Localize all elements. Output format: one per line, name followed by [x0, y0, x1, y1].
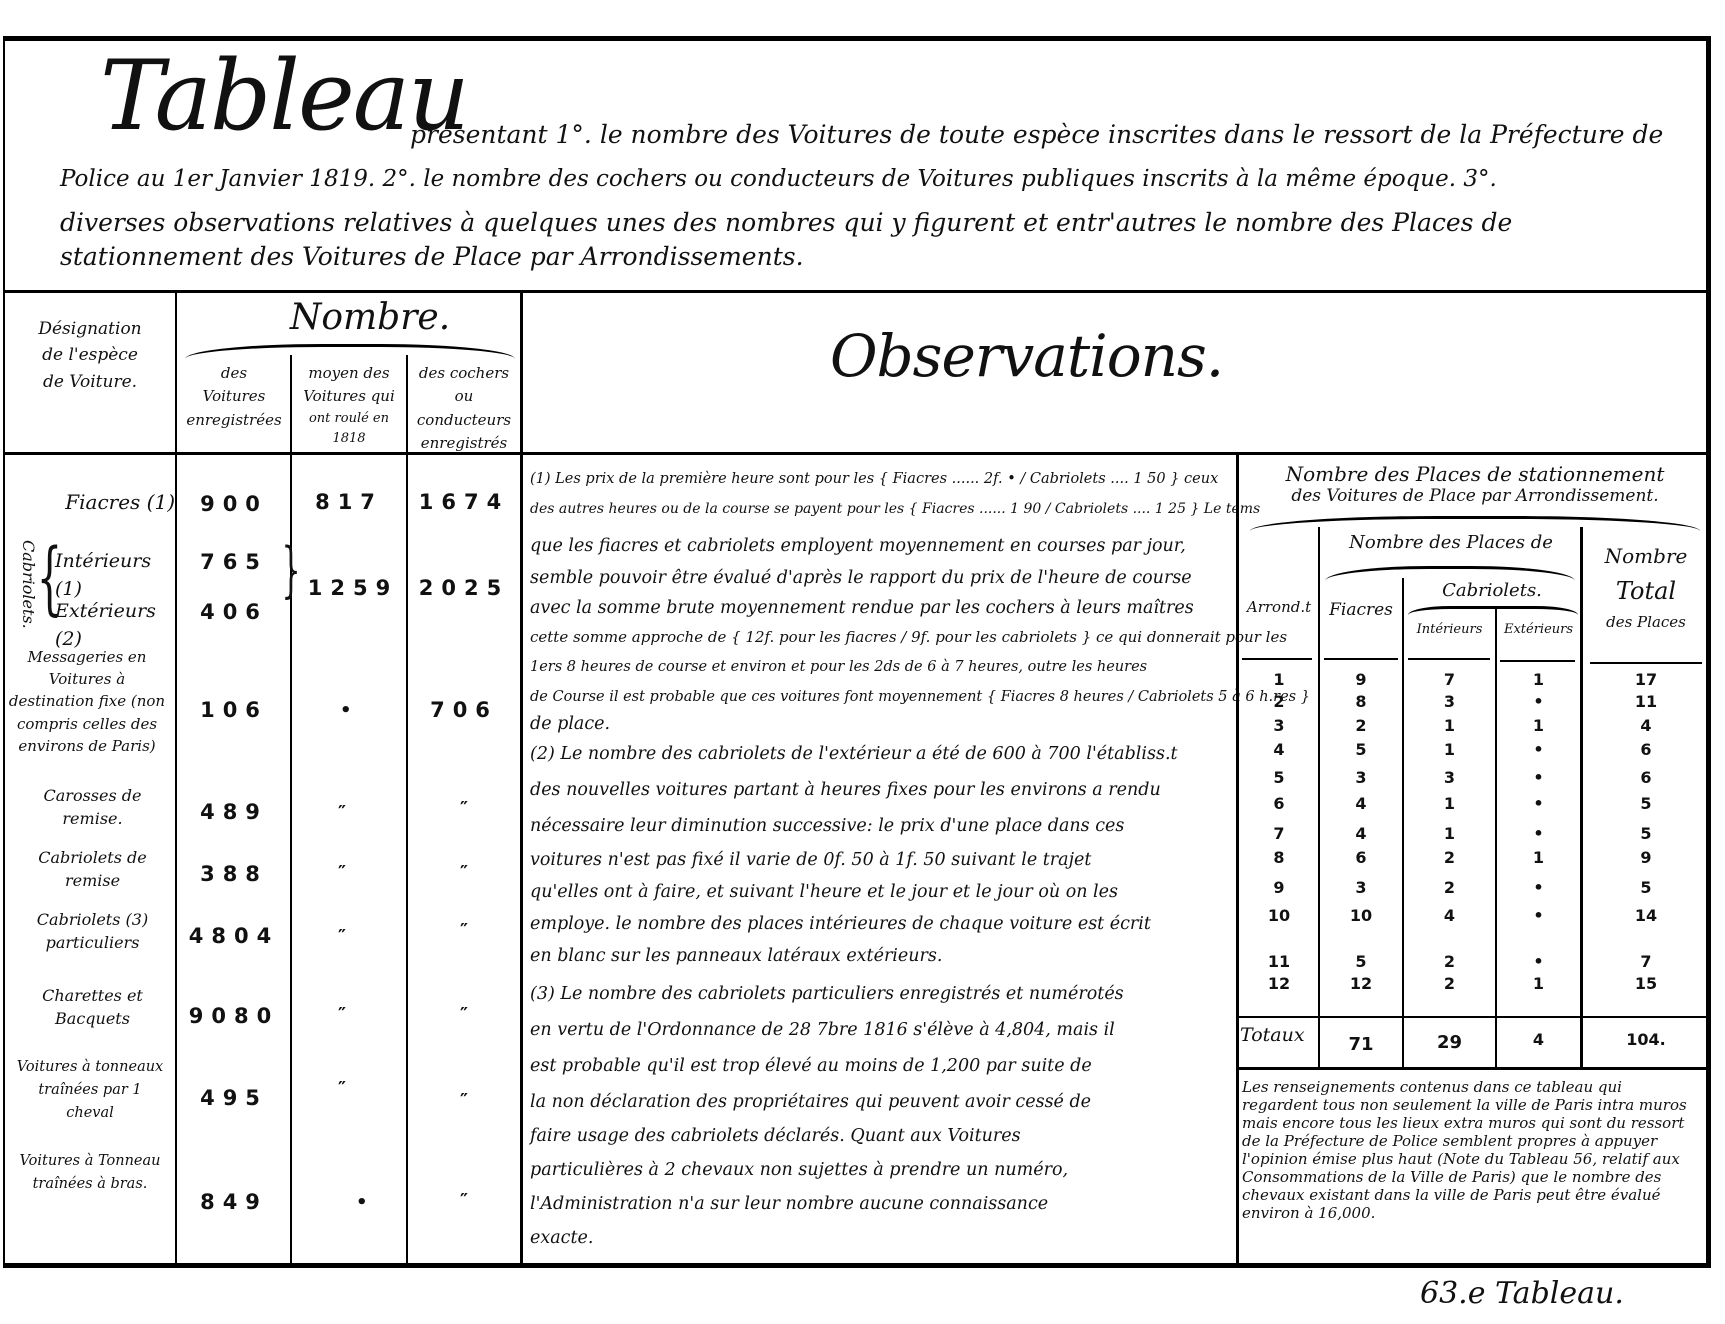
- st-cell-exterieurs: 1: [1497, 848, 1580, 867]
- st-cell-interieurs: 7: [1404, 670, 1495, 689]
- observation-line: en vertu de l'Ordonnance de 28 7bre 1816…: [530, 1022, 1115, 1040]
- title-divider: [3, 290, 1711, 293]
- cell-cochers: ″: [460, 1004, 468, 1025]
- title-line-4: stationnement des Voitures de Place par …: [60, 244, 804, 269]
- cell-voitures: 849: [178, 1190, 290, 1214]
- cell-voitures: 4804: [178, 924, 290, 948]
- cell-voitures: 495: [178, 1086, 290, 1110]
- observation-line: de place.: [530, 716, 610, 734]
- st-rule: [1500, 660, 1575, 662]
- st-col-divider: [1402, 578, 1404, 1067]
- st-header-total-line: Total: [1584, 572, 1708, 610]
- st-header-total: Nombre Total des Places: [1584, 540, 1708, 634]
- designation-header-line: de l'espèce: [5, 342, 175, 368]
- st-cell-total: 5: [1584, 824, 1708, 843]
- col-header-line: des cochers: [408, 362, 520, 385]
- observation-line: faire usage des cabriolets déclarés. Qua…: [530, 1128, 1021, 1146]
- cell-moyen: ″: [338, 1004, 346, 1025]
- row-label-carosses-remise: Carosses de remise.: [20, 784, 165, 830]
- col-header-voitures: des Voitures enregistrées: [178, 362, 290, 432]
- col-header-line: enregistrées: [178, 409, 290, 432]
- st-cell-interieurs: 2: [1404, 974, 1495, 993]
- col-header-line: Voitures: [178, 385, 290, 408]
- st-cell-arrond: 11: [1240, 952, 1318, 971]
- st-cell-arrond: 10: [1240, 906, 1318, 925]
- st-cell-fiacres: 8: [1320, 692, 1402, 711]
- st-cell-fiacres: 10: [1320, 906, 1402, 925]
- st-header-total-line: des Places: [1584, 610, 1708, 634]
- st-cell-fiacres: 5: [1320, 740, 1402, 759]
- col-divider-designation: [175, 290, 177, 1268]
- st-cell-interieurs: 3: [1404, 692, 1495, 711]
- st-cell-arrond: 8: [1240, 848, 1318, 867]
- observation-line: employe. le nombre des places intérieure…: [530, 916, 1151, 934]
- st-cell-total: 5: [1584, 878, 1708, 897]
- stationing-title-line: Nombre des Places de stationnement: [1240, 462, 1710, 486]
- cell-voitures: 406: [178, 600, 290, 624]
- observation-line: qu'elles ont à faire, et suivant l'heure…: [530, 884, 1118, 902]
- st-cell-arrond: 9: [1240, 878, 1318, 897]
- st-cell-total: 6: [1584, 740, 1708, 759]
- observation-line: exacte.: [530, 1230, 593, 1248]
- cell-voitures: 388: [178, 862, 290, 886]
- st-col-divider: [1580, 527, 1583, 1067]
- cell-moyen: ″: [338, 802, 346, 823]
- row-label-cabriolets-remise: Cabriolets de remise: [20, 846, 165, 892]
- st-cell-interieurs: 2: [1404, 952, 1495, 971]
- observation-line: que les fiacres et cabriolets employent …: [530, 538, 1186, 556]
- st-cell-exterieurs: •: [1497, 692, 1580, 711]
- observation-line: des autres heures ou de la course se pay…: [530, 502, 1260, 516]
- row-label-cabriolets-particuliers: Cabriolets (3) particuliers: [20, 908, 165, 954]
- st-cell-interieurs: 1: [1404, 716, 1495, 735]
- row-label-exterieurs: Extérieurs (2): [55, 598, 175, 653]
- observation-line: de Course il est probable que ces voitur…: [530, 690, 1310, 705]
- stationing-title-line: des Voitures de Place par Arrondissement…: [1240, 486, 1710, 506]
- st-cell-exterieurs: •: [1497, 794, 1580, 813]
- st-cell-exterieurs: 1: [1497, 670, 1580, 689]
- row-label-tonneaux-cheval: Voitures à tonneaux traînées par 1 cheva…: [14, 1056, 166, 1126]
- row-label-interieurs: Intérieurs (1): [55, 548, 175, 603]
- st-cell-fiacres: 5: [1320, 952, 1402, 971]
- stationing-left-border: [1236, 455, 1239, 1268]
- observation-line: 1ers 8 heures de course et environ et po…: [530, 660, 1147, 675]
- st-cell-arrond: 5: [1240, 768, 1318, 787]
- st-cell-total: 6: [1584, 768, 1708, 787]
- footer-label: 63.e Tableau.: [1420, 1276, 1624, 1311]
- title-line-3: diverses observations relatives à quelqu…: [60, 210, 1512, 235]
- cell-moyen: ″: [338, 926, 346, 947]
- observation-line: en blanc sur les panneaux latéraux extér…: [530, 948, 942, 966]
- st-header-group: Nombre des Places de: [1322, 532, 1580, 553]
- st-cell-exterieurs: •: [1497, 740, 1580, 759]
- st-rule: [1590, 662, 1702, 664]
- header-divider: [3, 452, 1711, 455]
- st-cell-arrond: 4: [1240, 740, 1318, 759]
- st-cell-fiacres: 6: [1320, 848, 1402, 867]
- st-cell-exterieurs: •: [1497, 952, 1580, 971]
- observation-line: semble pouvoir être évalué d'après le ra…: [530, 570, 1192, 588]
- observation-line: nécessaire leur diminution successive: l…: [530, 818, 1124, 836]
- st-cell-exterieurs: •: [1497, 878, 1580, 897]
- st-rule: [1242, 658, 1312, 660]
- st-cabriolets-brace: [1408, 606, 1578, 615]
- st-header-arrond: Arrond.t: [1240, 598, 1318, 616]
- st-total-fiacres: 71: [1320, 1034, 1402, 1055]
- col-header-line: ont roulé en 1818: [292, 409, 406, 449]
- cell-cochers: ″: [460, 798, 468, 819]
- st-cell-fiacres: 4: [1320, 794, 1402, 813]
- st-cell-interieurs: 1: [1404, 794, 1495, 813]
- st-cell-exterieurs: •: [1497, 768, 1580, 787]
- title-line-1: présentant 1°. le nombre des Voitures de…: [410, 122, 1663, 147]
- st-cell-total: 4: [1584, 716, 1708, 735]
- st-rule: [1408, 658, 1490, 660]
- st-total-interieurs: 29: [1404, 1032, 1495, 1053]
- voitures-sum-brace: }: [282, 540, 301, 600]
- col-header-line: enregistrés: [408, 432, 520, 455]
- st-cell-arrond: 6: [1240, 794, 1318, 813]
- cell-moyen: ″: [338, 862, 346, 883]
- cell-voitures: 900: [178, 492, 290, 516]
- observation-line: est probable qu'il est trop élevé au moi…: [530, 1058, 1092, 1076]
- st-cell-fiacres: 4: [1320, 824, 1402, 843]
- cell-cochers: 1674: [408, 490, 520, 514]
- st-totals-rule: [1238, 1016, 1708, 1018]
- st-cell-interieurs: 2: [1404, 848, 1495, 867]
- st-cell-arrond: 7: [1240, 824, 1318, 843]
- cell-cochers: ″: [460, 920, 468, 941]
- cell-voitures: 106: [178, 698, 290, 722]
- cell-voitures: 765: [178, 550, 290, 574]
- observation-line: des nouvelles voitures partant à heures …: [530, 782, 1161, 800]
- st-cell-interieurs: 4: [1404, 906, 1495, 925]
- row-label-charettes-bacquets: Charettes et Bacquets: [20, 984, 165, 1030]
- cell-moyen: ″: [338, 1078, 346, 1099]
- st-header-fiacres: Fiacres: [1320, 600, 1402, 620]
- st-cell-total: 11: [1584, 692, 1708, 711]
- observation-line: (2) Le nombre des cabriolets de l'extéri…: [530, 746, 1178, 764]
- cell-cochers: ″: [460, 1190, 468, 1211]
- cell-moyen: •: [340, 700, 352, 721]
- st-cell-fiacres: 12: [1320, 974, 1402, 993]
- observation-line: cette somme approche de { 12f. pour les …: [530, 630, 1287, 645]
- col-header-line: Voitures qui: [292, 385, 406, 408]
- observation-line: la non déclaration des propriétaires qui…: [530, 1094, 1091, 1112]
- stationing-title: Nombre des Places de stationnement des V…: [1240, 462, 1710, 506]
- cell-moyen: •: [356, 1192, 368, 1213]
- st-note-rule: [1238, 1067, 1708, 1070]
- st-cell-arrond: 1: [1240, 670, 1318, 689]
- cell-voitures: 489: [178, 800, 290, 824]
- row-label-fiacres: Fiacres (1): [40, 488, 175, 517]
- st-cell-arrond: 12: [1240, 974, 1318, 993]
- st-rule: [1324, 658, 1398, 660]
- st-header-exterieurs: Extérieurs: [1497, 622, 1580, 637]
- st-cell-total: 5: [1584, 794, 1708, 813]
- st-cell-arrond: 3: [1240, 716, 1318, 735]
- observation-line: avec la somme brute moyennement rendue p…: [530, 600, 1194, 618]
- st-cell-interieurs: 3: [1404, 768, 1495, 787]
- st-cell-interieurs: 1: [1404, 740, 1495, 759]
- st-cell-fiacres: 9: [1320, 670, 1402, 689]
- st-cell-total: 7: [1584, 952, 1708, 971]
- st-total-exterieurs: 4: [1497, 1030, 1580, 1049]
- row-label-tonneau-bras: Voitures à Tonneau traînées à bras.: [14, 1150, 166, 1196]
- col-divider-observations: [520, 290, 523, 1268]
- cell-moyen: 1259: [300, 576, 406, 600]
- col-header-cochers: des cochers ou conducteurs enregistrés: [408, 362, 520, 455]
- cell-cochers: 706: [408, 698, 520, 722]
- st-cell-total: 17: [1584, 670, 1708, 689]
- st-cell-total: 9: [1584, 848, 1708, 867]
- cell-voitures: 9080: [178, 1004, 290, 1028]
- row-label-messageries: Messageries en Voitures à destination fi…: [6, 646, 168, 757]
- designation-header-line: Désignation: [5, 316, 175, 342]
- observation-line: (1) Les prix de la première heure sont p…: [530, 472, 1218, 487]
- st-totals-label: Totaux: [1240, 1024, 1305, 1046]
- st-cell-exterieurs: 1: [1497, 974, 1580, 993]
- cabriolets-group-label: Cabriolets.: [19, 540, 38, 629]
- st-cell-fiacres: 3: [1320, 878, 1402, 897]
- st-cell-exterieurs: 1: [1497, 716, 1580, 735]
- st-header-interieurs: Intérieurs: [1404, 622, 1495, 637]
- st-total-total: 104.: [1584, 1030, 1708, 1049]
- observation-line: particulières à 2 chevaux non sujettes à…: [530, 1162, 1068, 1180]
- observation-line: voitures n'est pas fixé il varie de 0f. …: [530, 852, 1091, 870]
- cell-moyen: 817: [292, 490, 406, 514]
- st-cell-exterieurs: •: [1497, 906, 1580, 925]
- nombre-header: Nombre.: [240, 297, 500, 338]
- st-header-cabriolets: Cabriolets.: [1404, 580, 1580, 601]
- designation-header-line: de Voiture.: [5, 369, 175, 395]
- observation-line: l'Administration n'a sur leur nombre auc…: [530, 1196, 1048, 1214]
- st-cell-total: 14: [1584, 906, 1708, 925]
- observations-header: Observations.: [830, 322, 1223, 390]
- cell-cochers: ″: [460, 1090, 468, 1111]
- designation-header: Désignation de l'espèce de Voiture.: [5, 316, 175, 395]
- st-cell-exterieurs: •: [1497, 824, 1580, 843]
- col-header-line: des: [178, 362, 290, 385]
- st-cell-fiacres: 3: [1320, 768, 1402, 787]
- observation-line: (3) Le nombre des cabriolets particulier…: [530, 986, 1124, 1004]
- col-header-line: moyen des: [292, 362, 406, 385]
- st-cell-total: 15: [1584, 974, 1708, 993]
- st-cell-interieurs: 1: [1404, 824, 1495, 843]
- cell-cochers: ″: [460, 862, 468, 883]
- st-cell-fiacres: 2: [1320, 716, 1402, 735]
- stationing-note: Les renseignements contenus dans ce tabl…: [1242, 1078, 1702, 1222]
- col-header-moyen: moyen des Voitures qui ont roulé en 1818: [292, 362, 406, 449]
- col-header-line: ou conducteurs: [408, 385, 520, 432]
- cell-cochers: 2025: [408, 576, 520, 600]
- st-header-total-line: Nombre: [1584, 540, 1708, 572]
- st-cell-interieurs: 2: [1404, 878, 1495, 897]
- title-line-2: Police au 1er Janvier 1819. 2°. le nombr…: [60, 168, 1497, 191]
- st-cell-arrond: 2: [1240, 692, 1318, 711]
